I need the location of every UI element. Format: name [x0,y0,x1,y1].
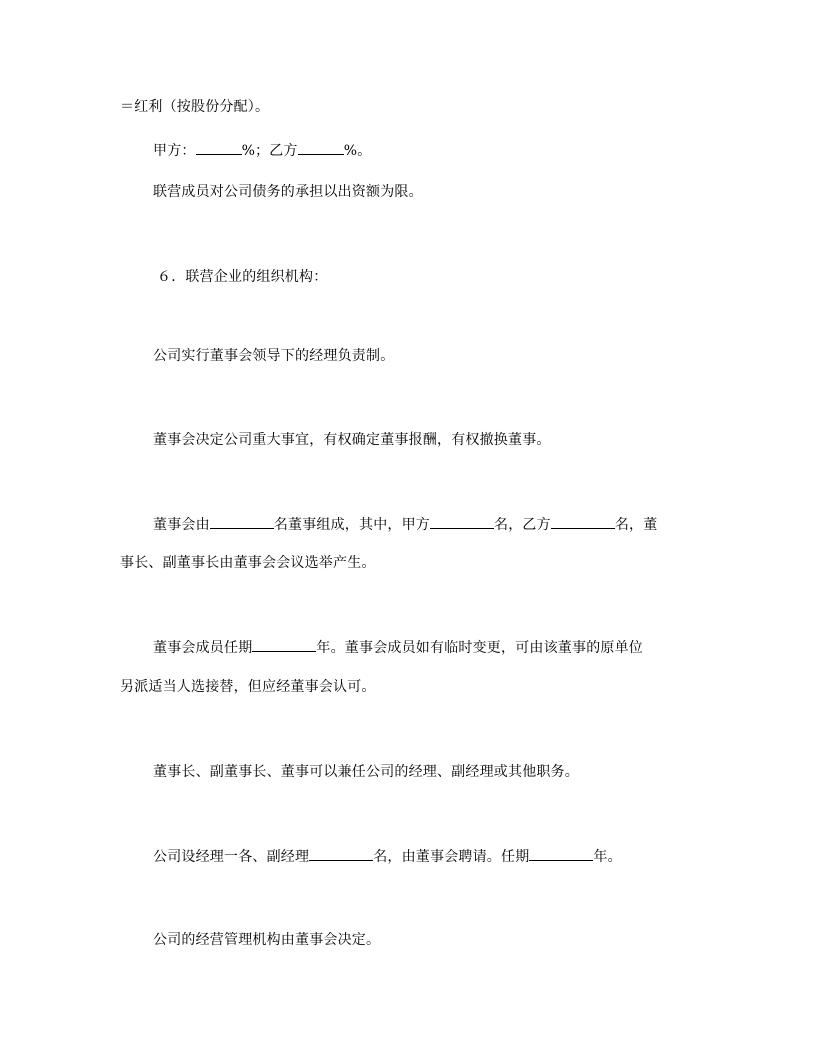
label-party-b: %；乙方 [242,143,298,159]
heading-text: ６．联营企业的组织机构： [157,269,327,285]
paragraph-board-term-cont: 另派适当人选接替，但应经董事会认可。 [120,677,376,697]
paragraph-concurrent-positions: 董事长、副董事长、董事可以兼任公司的经理、副经理或其他职务。 [153,762,579,782]
paragraph-management-structure: 公司的经营管理机构由董事会决定。 [153,930,380,950]
text: 名，由董事会聘请。任期 [373,849,529,865]
blank-board-total[interactable] [210,514,274,529]
paragraph-board-composition: 董事会由名董事组成，其中，甲方名，乙方名，董 [153,514,657,534]
section-heading-organization: ６．联营企业的组织机构： [157,267,327,287]
paragraph-board-term: 董事会成员任期年。董事会成员如有临时变更，可由该董事的原单位 [153,637,643,657]
paragraph-share-ratio: 甲方：%；乙方%。 [153,140,371,160]
blank-party-a-directors[interactable] [430,514,494,529]
text: 公司设经理一各、副经理 [153,849,309,865]
blank-party-b-percent[interactable] [298,140,344,155]
text: ＝红利（按股份分配）。 [120,99,269,115]
paragraph-manager-responsibility: 公司实行董事会领导下的经理负责制。 [153,346,394,366]
paragraph-board-decisions: 董事会决定公司重大事宜，有权确定董事报酬，有权撤换董事。 [153,430,551,450]
paragraph-liability: 联营成员对公司债务的承担以出资额为限。 [153,182,423,202]
text: 董事会由 [153,517,210,533]
paragraph-dividend-line: ＝红利（按股份分配）。 [120,97,269,117]
blank-party-a-percent[interactable] [196,140,242,155]
text: 公司实行董事会领导下的经理负责制。 [153,348,394,364]
text: 董事长、副董事长、董事可以兼任公司的经理、副经理或其他职务。 [153,764,579,780]
text: 名，董 [615,517,658,533]
text: 董事会决定公司重大事宜，有权确定董事报酬，有权撤换董事。 [153,432,551,448]
text: 名，乙方 [494,517,551,533]
text: 公司的经营管理机构由董事会决定。 [153,932,380,948]
text: 年。董事会成员如有临时变更，可由该董事的原单位 [316,640,643,656]
text: 另派适当人选接替，但应经董事会认可。 [120,679,376,695]
label-percent-end: %。 [344,143,372,159]
paragraph-manager-appointment: 公司设经理一各、副经理名，由董事会聘请。任期年。 [153,846,622,866]
blank-deputy-manager-count[interactable] [309,846,373,861]
blank-board-term-years[interactable] [252,637,316,652]
text: 联营成员对公司债务的承担以出资额为限。 [153,184,423,200]
blank-party-b-directors[interactable] [551,514,615,529]
label-party-a: 甲方： [153,143,196,159]
text: 年。 [593,849,621,865]
text: 董事会成员任期 [153,640,252,656]
text: 事长、副董事长由董事会会议选举产生。 [120,555,376,571]
paragraph-board-composition-cont: 事长、副董事长由董事会会议选举产生。 [120,553,376,573]
text: 名董事组成，其中，甲方 [274,517,430,533]
blank-manager-term-years[interactable] [529,846,593,861]
